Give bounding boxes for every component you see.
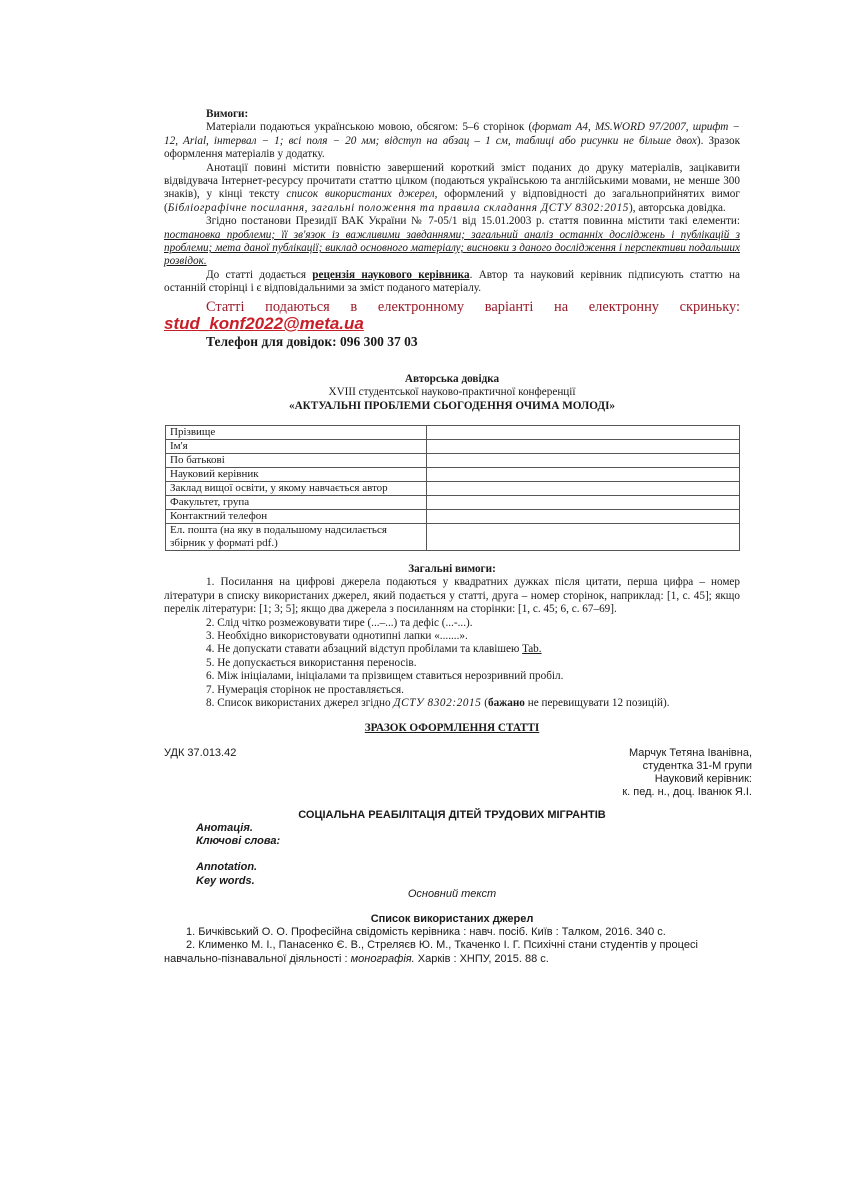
requirements-format-paragraph: Матеріали подаються українською мовою, о… <box>164 121 740 161</box>
general-item-6: 6. Між ініціалами, ініціалами та прізвищ… <box>164 670 740 683</box>
requirements-elements-paragraph: Згідно постанови Президії ВАК України № … <box>164 215 740 269</box>
general-item-8: 8. Список використаних джерел згідно ДСТ… <box>164 697 740 710</box>
form-row-label: Заклад вищої освіти, у якому навчається … <box>166 481 427 495</box>
author-reference-subtitle: XVIII студентської науково-практичної ко… <box>164 386 740 399</box>
udk-code: УДК 37.013.42 <box>164 747 236 760</box>
form-row-value[interactable] <box>427 425 740 439</box>
form-row-label: Науковий керівник <box>166 467 427 481</box>
annotation-en: Annotation. <box>164 861 740 874</box>
submission-note: Статті подаються в електронному варіанті… <box>164 299 740 315</box>
tab-key-link: Tab. <box>522 643 541 655</box>
sample-heading: ЗРАЗОК ОФОРМЛЕННЯ СТАТТІ <box>164 722 740 735</box>
form-row-label: Факультет, група <box>166 495 427 509</box>
form-row: Ел. пошта (на яку в подальшому надсилаєт… <box>166 523 740 550</box>
keywords-en: Key words. <box>164 875 740 888</box>
reference-1: 1. Бичківський О. О. Професійна свідоміс… <box>164 926 740 939</box>
requirements-annotation-paragraph: Анотації повині містити повністю заверше… <box>164 162 740 216</box>
form-row-value[interactable] <box>427 453 740 467</box>
requirements-heading: Вимоги: <box>164 108 740 121</box>
general-requirements-heading: Загальні вимоги: <box>164 563 740 576</box>
author-reference-table: ПрізвищеІм'яПо батьковіНауковий керівник… <box>165 425 740 551</box>
form-row: Науковий керівник <box>166 467 740 481</box>
references-title: Список використаних джерел <box>164 913 740 926</box>
form-row: Контактний телефон <box>166 509 740 523</box>
requirements-review-paragraph: До статті додається рецензія наукового к… <box>164 269 740 296</box>
reference-2: 2. Клименко М. І., Панасенко Є. В., Стре… <box>164 939 740 965</box>
keywords-ua: Ключові слова: <box>164 835 740 848</box>
general-item-1: 1. Посилання на цифрові джерела подаютьс… <box>164 576 740 616</box>
general-item-5: 5. Не допускається використання переносі… <box>164 657 740 670</box>
form-row-value[interactable] <box>427 439 740 453</box>
form-row: Прізвище <box>166 425 740 439</box>
author-block: Марчук Тетяна Іванівна, студентка 31-М г… <box>622 747 752 800</box>
annotation-ua: Анотація. <box>164 822 740 835</box>
form-row-value[interactable] <box>427 495 740 509</box>
form-row-label: Ел. пошта (на яку в подальшому надсилаєт… <box>166 523 427 550</box>
form-row-label: Контактний телефон <box>166 509 427 523</box>
general-item-4: 4. Не допускати ставати абзацний відступ… <box>164 643 740 656</box>
general-item-3: 3. Необхідно використовувати однотипні л… <box>164 630 740 643</box>
general-item-2: 2. Слід чітко розмежовувати тире (...–..… <box>164 617 740 630</box>
form-row-value[interactable] <box>427 509 740 523</box>
submission-email-link[interactable]: stud_konf2022@meta.ua <box>164 315 740 333</box>
article-title: СОЦІАЛЬНА РЕАБІЛІТАЦІЯ ДІТЕЙ ТРУДОВИХ МІ… <box>164 809 740 822</box>
form-row-label: По батькові <box>166 453 427 467</box>
form-row: Заклад вищої освіти, у якому навчається … <box>166 481 740 495</box>
form-row: По батькові <box>166 453 740 467</box>
sample-header: УДК 37.013.42 Марчук Тетяна Іванівна, ст… <box>164 747 740 807</box>
form-row: Факультет, група <box>166 495 740 509</box>
main-text-label: Основний текст <box>164 888 740 901</box>
contact-phone: Телефон для довідок: 096 300 37 03 <box>164 333 740 351</box>
form-row-label: Прізвище <box>166 425 427 439</box>
form-row-value[interactable] <box>427 523 740 550</box>
document-page: Вимоги: Матеріали подаються українською … <box>164 108 740 966</box>
form-row-value[interactable] <box>427 481 740 495</box>
author-reference-title: Авторська довідка <box>164 373 740 386</box>
conference-title: «АКТУАЛЬНІ ПРОБЛЕМИ СЬОГОДЕННЯ ОЧИМА МОЛ… <box>164 400 740 413</box>
form-row-label: Ім'я <box>166 439 427 453</box>
general-item-7: 7. Нумерація сторінок не проставляється. <box>164 684 740 697</box>
form-row-value[interactable] <box>427 467 740 481</box>
form-row: Ім'я <box>166 439 740 453</box>
